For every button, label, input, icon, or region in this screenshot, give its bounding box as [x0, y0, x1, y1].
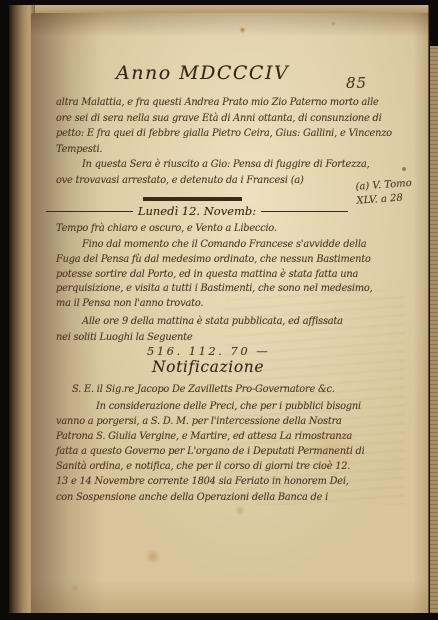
manuscript-line: Tempo frà chiaro e oscuro, e Vento a Lib… — [56, 221, 360, 236]
background-edge-top — [0, 0, 438, 5]
background-edge-bottom — [0, 613, 438, 620]
paragraph-escape: Fino dal momento che il Comando Francese… — [56, 238, 360, 312]
manuscript-line: Fuga del Pensa fù dal medesimo ordinato,… — [56, 253, 360, 268]
manuscript-line: perquisizione, e visita a tutti i Bastim… — [56, 282, 360, 297]
manuscript-line: ore sei di sera nella sua grave Età di A… — [56, 111, 360, 127]
background-corner — [430, 0, 438, 46]
reference-numbers: 516. 112. 70 — — [147, 344, 270, 358]
divider-rule — [261, 211, 348, 212]
manuscript-line: Tempesti. — [56, 142, 360, 158]
divider-rule — [46, 211, 133, 212]
manuscript-line: S. E. il Sig.re Jacopo De Zavilletts Pro… — [56, 382, 360, 397]
manuscript-line: nei soliti Luoghi la Seguente — [56, 330, 360, 346]
manuscript-line: fatta a questo Governo per L'organo de i… — [56, 444, 360, 459]
paragraph-governor: S. E. il Sig.re Jacopo De Zavilletts Pro… — [56, 382, 360, 397]
manuscript-line: vanno a porgersi, a S. D. M. per l'inter… — [56, 414, 360, 429]
manuscript-line: Sanità ordina, e notifica, che per il co… — [56, 459, 360, 474]
paragraph-notification-body: In considerazione delle Preci, che per i… — [56, 399, 360, 505]
manuscript-line: potesse sortire dal Porto, ed in questa … — [56, 268, 360, 283]
manuscript-photo: Anno MDCCCIV 85 altra Malattia, e fra qu… — [0, 0, 438, 620]
entry-date-row: Lunedì 12. Novemb: — [46, 204, 348, 218]
manuscript-line: In considerazione delle Preci, che per i… — [56, 399, 360, 414]
entry-divider — [143, 197, 242, 201]
year-heading: Anno MDCCCIV — [116, 62, 289, 84]
background-edge-left — [0, 0, 9, 620]
manuscript-line: altra Malattia, e fra questi Andrea Prat… — [56, 95, 360, 111]
manuscript-line: ma il Pensa non l'anno trovato. — [56, 297, 360, 312]
paragraph-obituary: altra Malattia, e fra questi Andrea Prat… — [56, 95, 360, 188]
manuscript-line: con Sospensione anche della Operazioni d… — [56, 490, 360, 505]
page-stack-edge — [430, 0, 438, 620]
manuscript-line: Patrona S. Giulia Vergine, e Martire, ed… — [56, 429, 360, 444]
entry-date: Lunedì 12. Novemb: — [138, 204, 256, 218]
manuscript-line: petto: E fra quei di febbre gialla Pietr… — [56, 126, 360, 142]
margin-annotation: (a) V. Tomo XLV. a 28 — [355, 175, 437, 208]
page-number: 85 — [346, 74, 367, 92]
manuscript-line: In questa Sera è riuscito a Gio: Pensa d… — [56, 157, 360, 173]
notification-heading: Notificazione — [152, 358, 264, 376]
manuscript-line: Alle ore 9 della mattina è stata pubblic… — [56, 314, 360, 330]
paragraph-publication: Alle ore 9 della mattina è stata pubblic… — [56, 314, 360, 345]
paragraph-weather: Tempo frà chiaro e oscuro, e Vento a Lib… — [56, 221, 360, 236]
manuscript-line: Fino dal momento che il Comando Francese… — [56, 238, 360, 253]
manuscript-line: 13 e 14 Novembre corrente 1804 sia Feria… — [56, 474, 360, 489]
manuscript-line: ove trovavasi arrestato, e detenuto da i… — [56, 173, 360, 189]
